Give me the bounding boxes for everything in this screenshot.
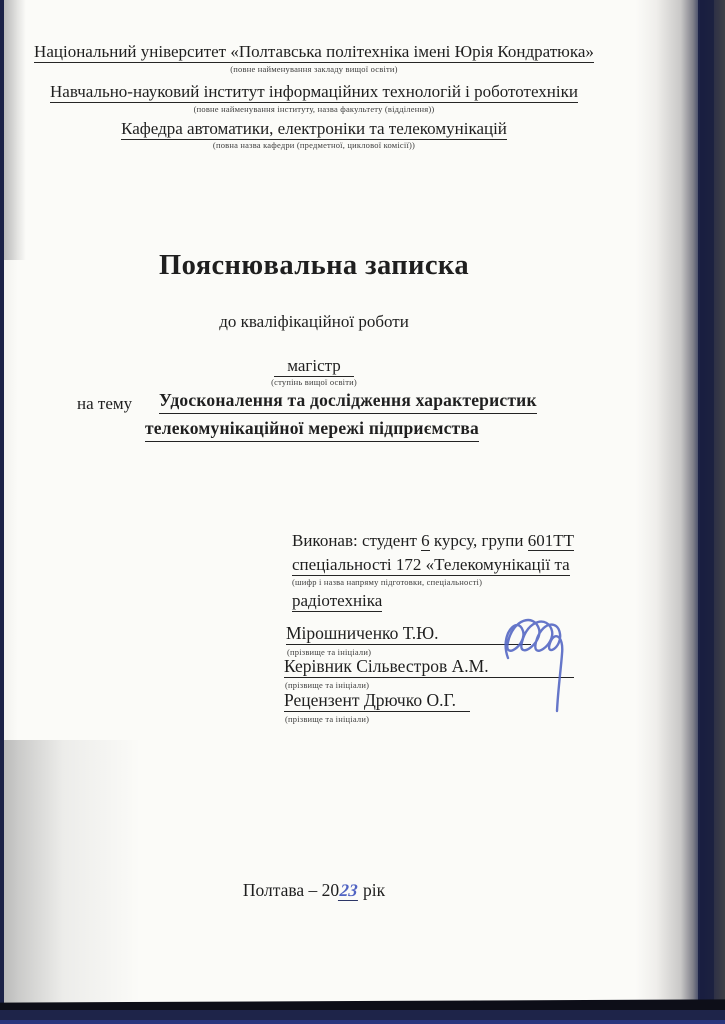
document-subtitle: до кваліфікаційної роботи	[4, 312, 624, 332]
supervisor-row: Керівник Сільвестров А.М.	[284, 656, 574, 678]
degree-value: магістр	[274, 356, 354, 377]
university-name: Національний університет «Полтавська пол…	[34, 42, 594, 63]
paper-sheet: Національний університет «Полтавська пол…	[4, 0, 698, 1003]
topic-line-2-wrap: телекомунікаційної мережі підприємства	[145, 418, 479, 442]
institute-name: Навчально-науковий інститут інформаційни…	[50, 82, 578, 103]
footer-year-handwritten: 23	[338, 880, 360, 901]
performer-line-3-wrap: радіотехніка	[292, 591, 382, 611]
footer-city-year: Полтава – 2023 рік	[4, 880, 624, 901]
degree-line: магістр	[4, 356, 624, 376]
book-cover-bottom-highlight	[0, 1020, 725, 1024]
department-name: Кафедра автоматики, електроніки та телек…	[121, 119, 507, 140]
footer-suffix: рік	[359, 880, 386, 900]
footer-prefix: Полтава – 20	[243, 880, 339, 900]
university-name-line: Національний університет «Полтавська пол…	[4, 42, 624, 62]
performer-speciality-cont: радіотехніка	[292, 591, 382, 612]
document-title: Пояснювальна записка	[4, 250, 624, 282]
university-caption: (повне найменування закладу вищої освіти…	[4, 64, 624, 74]
performer-caption: (шифр і назва напряму підготовки, спеціа…	[292, 577, 482, 587]
institute-caption: (повне найменування інституту, назва фак…	[4, 104, 624, 114]
scan-shadow-bottom-left	[4, 740, 174, 1003]
performer-speciality: спеціальності 172 «Телекомунікації та	[292, 555, 570, 576]
performer-prefix: Виконав: студент	[292, 531, 421, 550]
book-cover-right-edge	[700, 0, 714, 1024]
performer-group: 601ТТ	[528, 531, 574, 551]
institute-name-line: Навчально-науковий інститут інформаційни…	[4, 82, 624, 102]
reviewer-row: Рецензент Дрючко О.Г.	[284, 690, 470, 712]
degree-caption: (ступінь вищої освіти)	[4, 377, 624, 387]
performer-line-1: Виконав: студент 6 курсу, групи 601ТТ	[292, 531, 622, 551]
performer-line-2-wrap: спеціальності 172 «Телекомунікації та	[292, 555, 570, 575]
topic-line-1-wrap: Удосконалення та дослідження характерист…	[159, 390, 537, 414]
department-caption: (повна назва кафедри (предметної, циклов…	[4, 140, 624, 150]
topic-line-2: телекомунікаційної мережі підприємства	[145, 418, 479, 442]
topic-line-1: Удосконалення та дослідження характерист…	[159, 390, 537, 414]
author-name-row: Мірошниченко Т.Ю.	[286, 623, 531, 645]
scanned-title-page: Національний університет «Полтавська пол…	[0, 0, 725, 1024]
topic-label: на тему	[77, 394, 132, 414]
supervisor-caption: (прізвище та ініціали)	[285, 680, 369, 690]
reviewer-caption: (прізвище та ініціали)	[285, 714, 369, 724]
performer-mid: курсу, групи	[430, 531, 528, 550]
performer-course: 6	[421, 531, 430, 551]
department-name-line: Кафедра автоматики, електроніки та телек…	[4, 119, 624, 139]
